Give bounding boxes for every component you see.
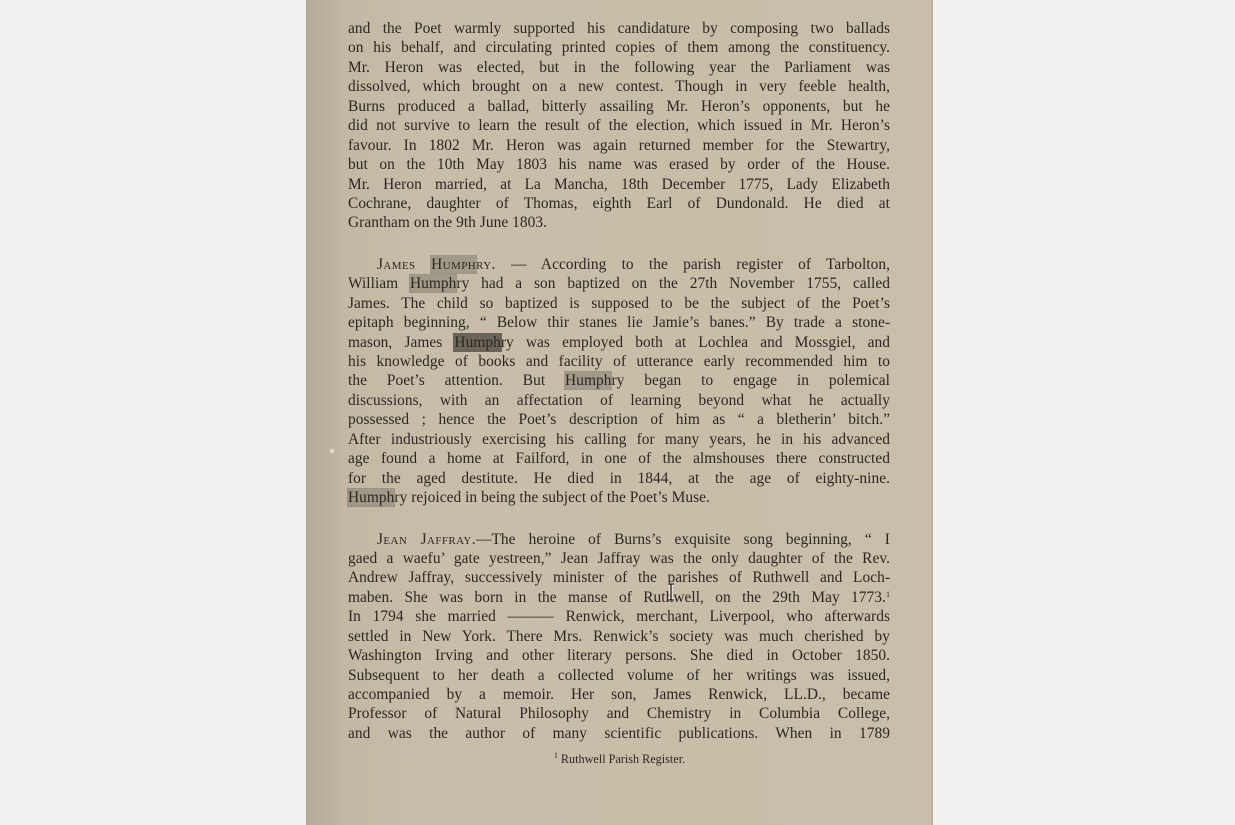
text-line: did not survive to learn the result of t… [348,116,890,135]
text-run: William [348,275,410,292]
book-page[interactable]: and the Poet warmly supported his candid… [306,0,933,825]
footnote-ref[interactable]: 1 [886,590,890,599]
text-run: ry was employed both at Lochlea and Moss… [501,334,890,351]
text-line: After industriously exercising his calli… [348,430,890,449]
text-run: mason, James [348,334,454,351]
entry-heading: Jean Jaffray. [377,531,476,548]
search-highlight: Humph [348,489,394,506]
text-line: Professor of Natural Philosophy and Chem… [348,704,890,723]
search-highlight: Humph [431,256,476,273]
entry-heading-first: James [377,256,431,273]
text-line: mason, James Humphry was employed both a… [348,333,890,352]
text-line: maben. She was born in the manse of Ruth… [348,588,890,607]
footnote: 1 Ruthwell Parish Register. [306,752,933,767]
paragraph-gap [348,508,890,530]
paragraph-jaffray: Jean Jaffray.—The heroine of Burns’s exq… [348,530,890,744]
text-line: dissolved, which brought on a new contes… [348,77,890,96]
text-line: and the Poet warmly supported his candid… [348,19,890,38]
text-line: his knowledge of books and facility of u… [348,352,890,371]
text-line: epitaph beginning, “ Below thir stanes l… [348,313,890,332]
paragraph-heron: and the Poet warmly supported his candid… [348,19,890,233]
text-line: Mr. Heron was elected, but in the follow… [348,58,890,77]
text-cursor-icon [666,583,676,601]
text-line: for the aged destitute. He died in 1844,… [348,469,890,488]
text-line: settled in New York. There Mrs. Renwick’… [348,627,890,646]
text-line: Humphry rejoiced in being the subject of… [348,488,890,507]
text-line: Subsequent to her death a collected volu… [348,666,890,685]
text-line: Washington Irving and other literary per… [348,646,890,665]
text-run: ry. [476,256,496,273]
text-line: Andrew Jaffray, successively minister of… [348,568,890,587]
page-text: and the Poet warmly supported his candid… [348,19,890,743]
text-line: Cochrane, daughter of Thomas, eighth Ear… [348,194,890,213]
scan-artifact [329,448,335,454]
text-run: —The heroine of Burns’s exquisite song b… [476,531,890,548]
document-viewer[interactable]: and the Poet warmly supported his candid… [0,0,1235,825]
text-line: and was the author of many scientific pu… [348,724,890,743]
text-line: Burns produced a ballad, bitterly assail… [348,97,890,116]
search-highlight: Humph [410,275,456,292]
page-edge [931,0,933,825]
text-line: Mr. Heron married, at La Mancha, 18th De… [348,175,890,194]
text-run: ry had a son baptized on the 27th Novemb… [456,275,890,292]
text-run: ry rejoiced in being the subject of the … [394,489,709,506]
entry-heading-rest: ry. [476,256,496,273]
search-highlight-active: Humph [454,334,500,351]
text-line: Jean Jaffray.—The heroine of Burns’s exq… [348,530,890,549]
text-run: maben. She was born in the manse of Ruth… [348,589,886,606]
paragraph-humphry: James Humphry. — According to the parish… [348,255,890,508]
paragraph-gap [348,233,890,255]
text-line: Grantham on the 9th June 1803. [348,213,890,232]
text-line: possessed ; hence the Poet’s description… [348,410,890,429]
text-line: In 1794 she married ——— Renwick, merchan… [348,607,890,626]
text-line: gaed a waefu’ gate yestreen,” Jean Jaffr… [348,549,890,568]
text-line: on his behalf, and circulating printed c… [348,38,890,57]
text-line: discussions, with an affectation of lear… [348,391,890,410]
search-highlight: Humph [565,372,611,389]
text-run: — According to the parish register of Ta… [496,256,890,273]
text-line: favour. In 1802 Mr. Heron was again retu… [348,136,890,155]
text-line: but on the 10th May 1803 his name was er… [348,155,890,174]
footnote-text: Ruthwell Parish Register. [558,752,685,766]
text-line: the Poet’s attention. But Humphry began … [348,371,890,390]
text-line: James. The child so baptized is supposed… [348,294,890,313]
text-line: accompanied by a memoir. Her son, James … [348,685,890,704]
text-run: the Poet’s attention. But [348,372,565,389]
text-run: ry began to engage in polemical [611,372,890,389]
text-line: James Humphry. — According to the parish… [348,255,890,274]
text-line: age found a home at Failford, in one of … [348,449,890,468]
text-line: William Humphry had a son baptized on th… [348,274,890,293]
